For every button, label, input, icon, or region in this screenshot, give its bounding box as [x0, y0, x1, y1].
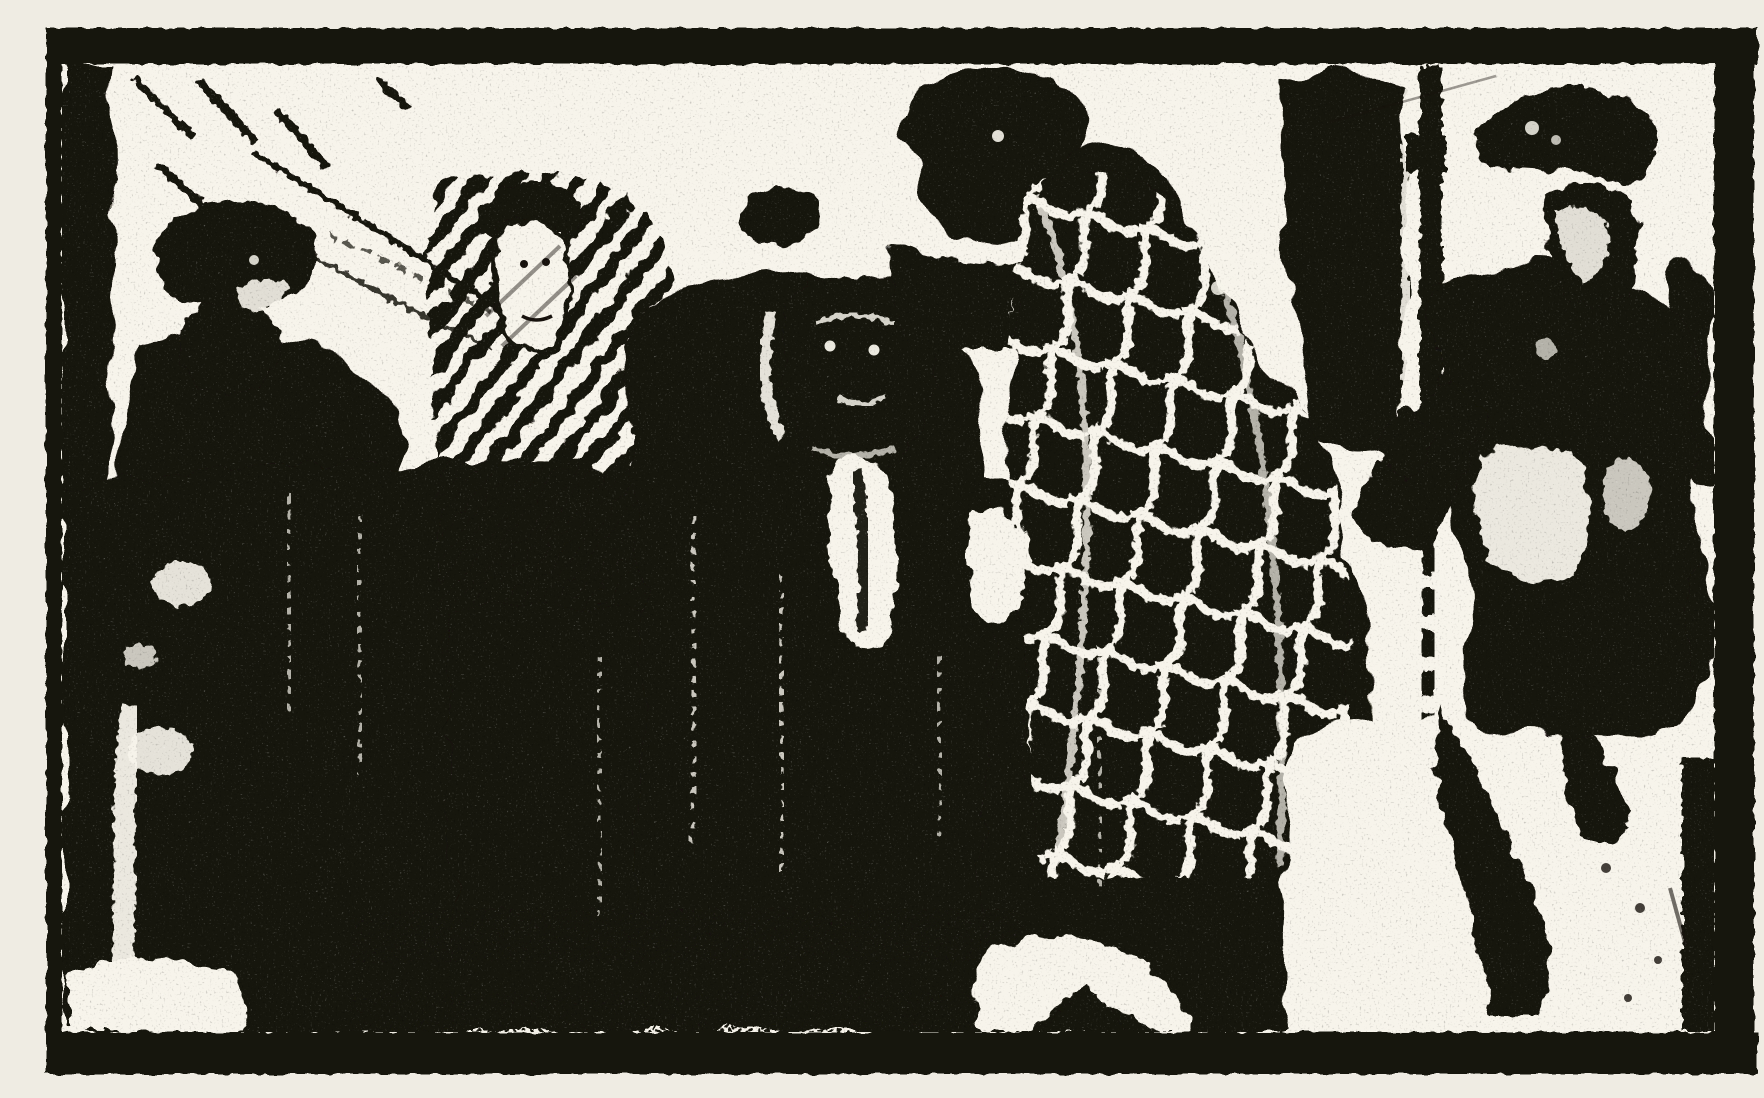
photo-content: diagonal rope lines officer in peaked ca… [62, 64, 1718, 1032]
dark-speckle-layer [62, 64, 1714, 1032]
halftone-photo-canvas: Halftone press photograph [40, 16, 1764, 1082]
photocopy-grain: photocopy grain and specks [62, 64, 1714, 1032]
halftone-photo-figure: Halftone press photograph [40, 16, 1764, 1082]
frame-top [46, 28, 1758, 64]
frame-right [1714, 28, 1754, 1074]
frame-bottom [46, 1032, 1758, 1074]
frame-left [46, 28, 62, 1074]
